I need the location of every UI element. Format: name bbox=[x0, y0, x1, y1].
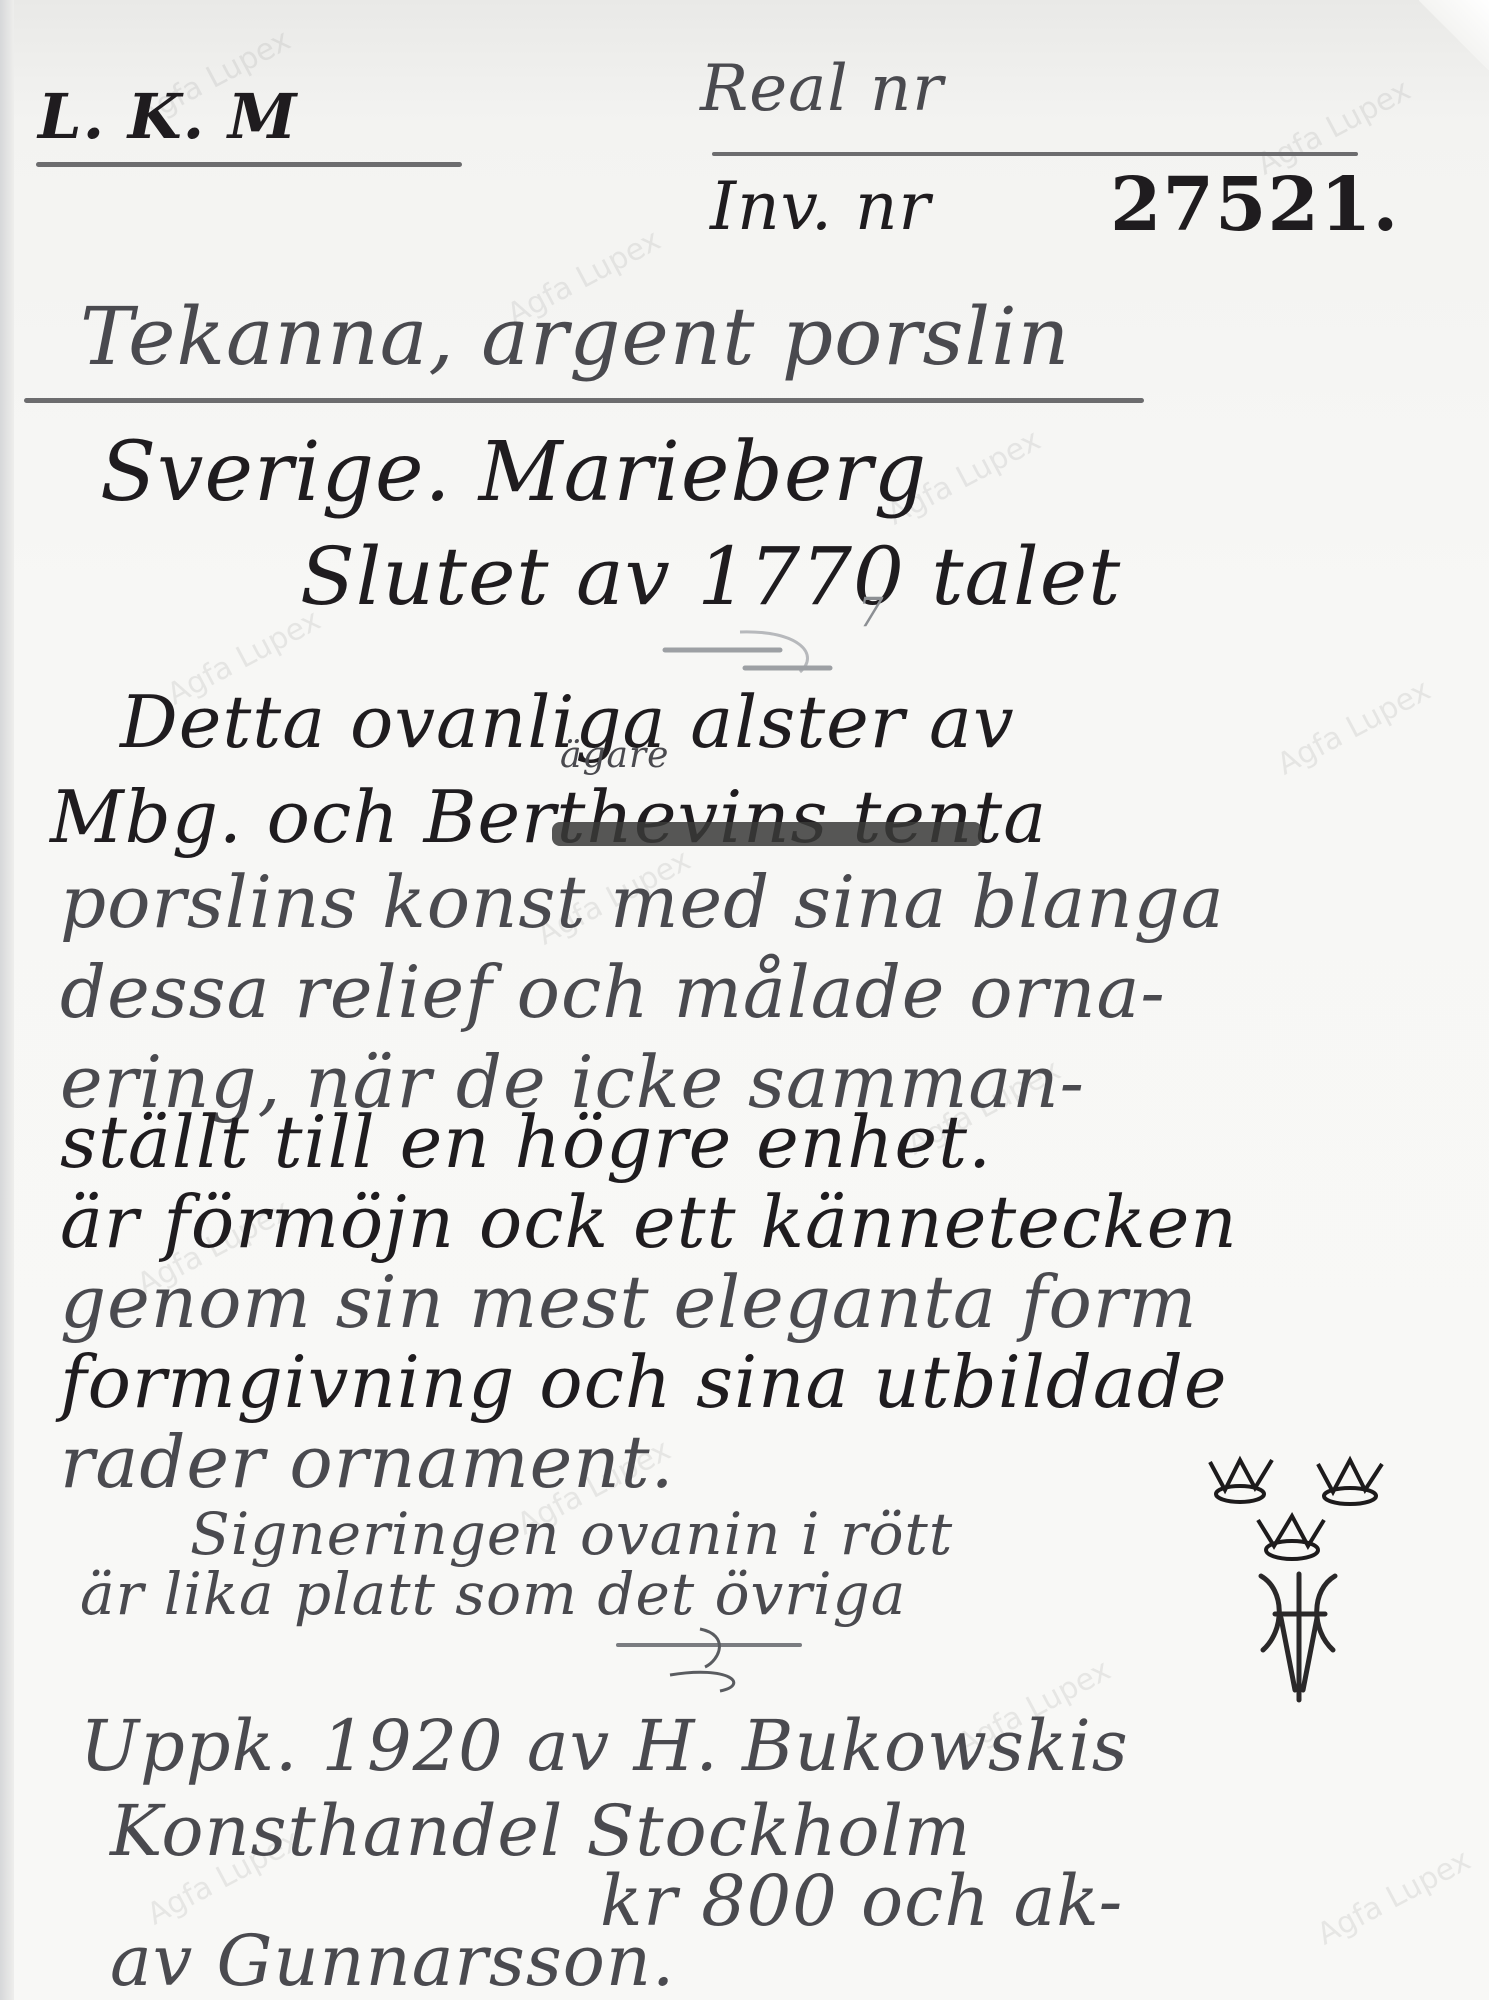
origin-line: Sverige. Marieberg bbox=[100, 425, 927, 520]
title-rule bbox=[24, 398, 1144, 403]
three-crowns-icon bbox=[1200, 1450, 1440, 1570]
header-right-rule bbox=[712, 152, 1358, 156]
inventory-label: Inv. nr bbox=[710, 168, 931, 245]
provenance-line: av Gunnarsson. bbox=[110, 1920, 675, 2000]
monogram-mark-icon bbox=[1255, 1570, 1345, 1710]
description-line: formgivning och sina utbildade bbox=[60, 1340, 1227, 1424]
provenance-price: kr 800 och ak- bbox=[600, 1860, 1123, 1942]
real-number-label: Real nr bbox=[700, 52, 944, 126]
dating-line: Slutet av 1770 talet bbox=[300, 530, 1121, 623]
provenance-line: Uppk. 1920 av H. Bukowskis bbox=[80, 1705, 1129, 1787]
archive-card: Agfa Lupex Agfa Lupex Agfa Lupex Agfa Lu… bbox=[0, 0, 1489, 2000]
description-line: rader ornament. bbox=[60, 1420, 674, 1504]
header-left-code: L. K. M bbox=[38, 80, 297, 153]
date-correction: 7 bbox=[858, 590, 884, 636]
description-line: Mbg. och Berthevins tenta bbox=[50, 775, 1047, 859]
watermark: Agfa Lupex bbox=[1312, 1843, 1477, 1953]
object-title: Tekanna, argent porslin bbox=[80, 290, 1070, 383]
inventory-number: 27521. bbox=[1110, 162, 1399, 248]
strikethrough-mark bbox=[552, 822, 982, 846]
header-left-rule bbox=[36, 162, 462, 167]
description-insertion: ägare bbox=[560, 735, 669, 776]
description-line: porslins konst med sina blanga bbox=[60, 860, 1225, 944]
arrow-mark-icon bbox=[660, 620, 840, 680]
watermark: Agfa Lupex bbox=[1272, 673, 1437, 783]
corner-fold bbox=[1419, 0, 1489, 70]
description-line: genom sin mest eleganta form bbox=[60, 1260, 1198, 1344]
flourish-mark-icon bbox=[610, 1625, 810, 1695]
description-line: är förmöjn ock ett kännetecken bbox=[60, 1180, 1238, 1264]
description-line: dessa relief och målade orna- bbox=[60, 950, 1166, 1034]
signature-note: är lika platt som det övriga bbox=[80, 1560, 906, 1628]
description-line: ställt till en högre enhet. bbox=[60, 1100, 992, 1184]
signature-note: Signeringen ovanin i rött bbox=[190, 1500, 953, 1568]
